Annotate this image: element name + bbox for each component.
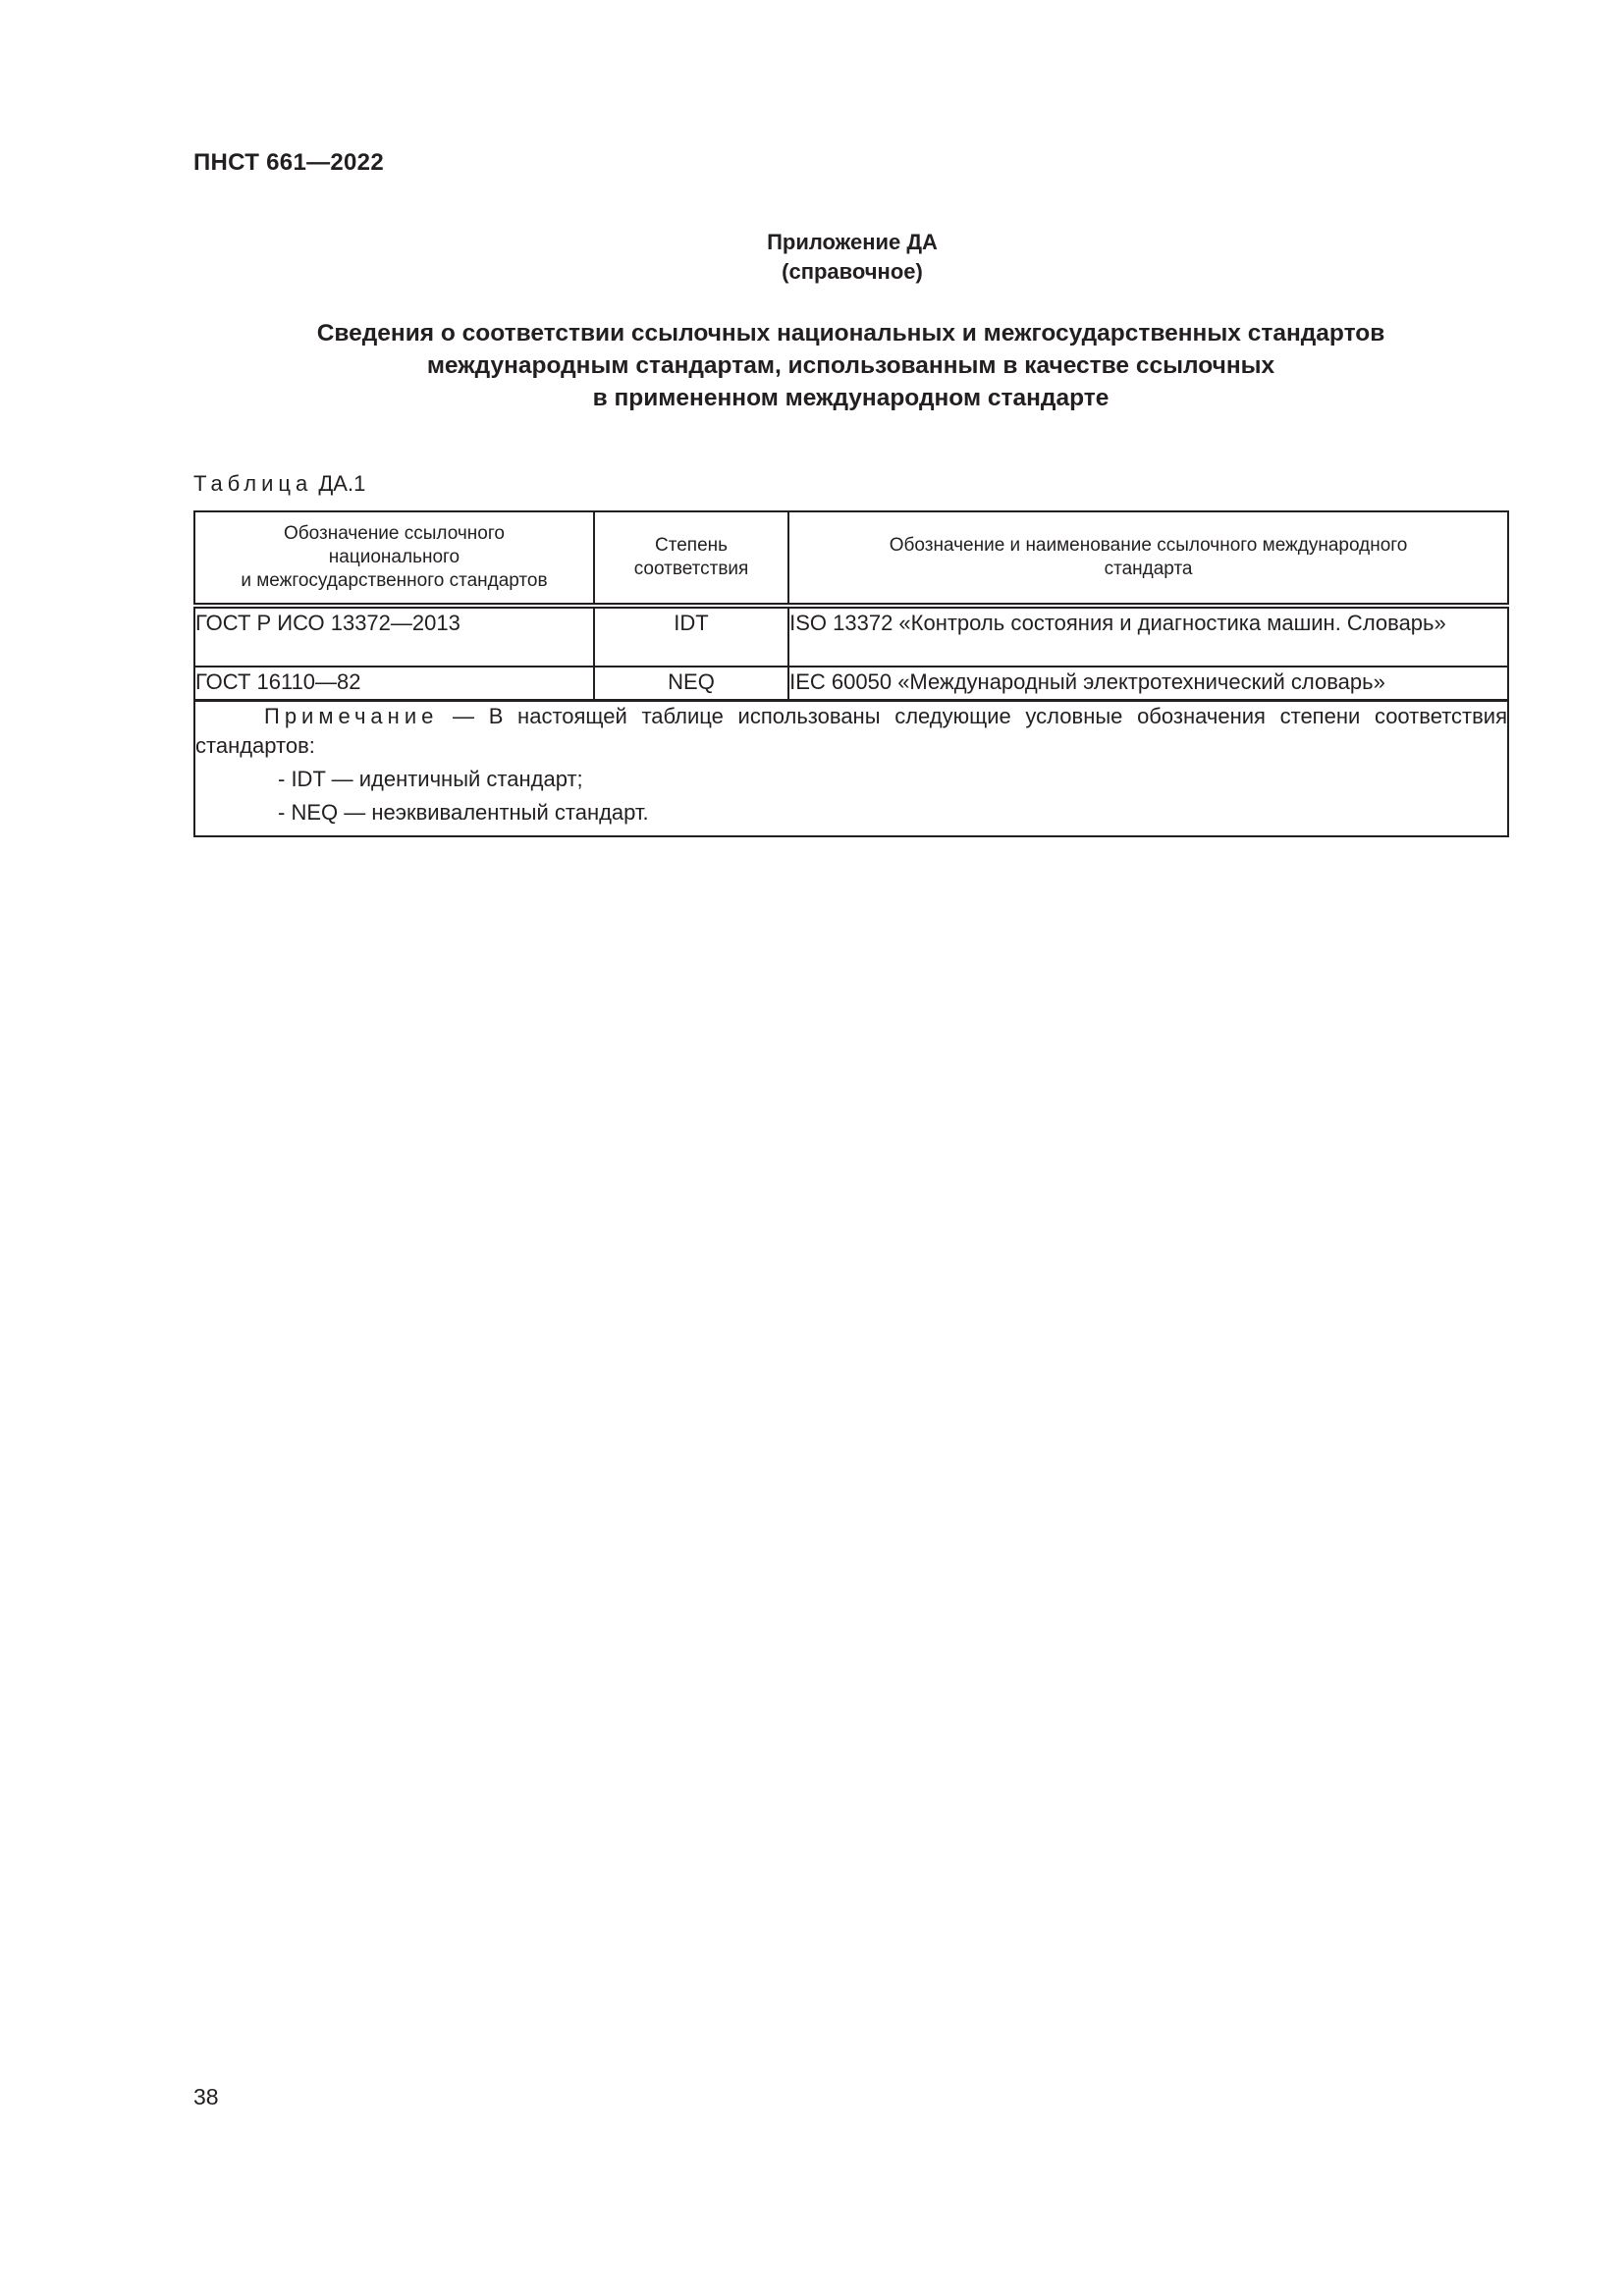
cell-degree: IDT — [594, 606, 788, 667]
table-caption-id: ДА.1 — [318, 471, 365, 496]
note-item-neq: - NEQ — неэквивалентный стандарт. — [278, 798, 1507, 828]
table-header-row: Обозначение ссылочного национального и м… — [194, 511, 1508, 606]
header-international-standard: Обозначение и наименование ссылочного ме… — [788, 511, 1508, 606]
table-row: ГОСТ 16110—82 NEQ IEC 60050 «Международн… — [194, 667, 1508, 701]
standards-correspondence-table: Обозначение ссылочного национального и м… — [193, 510, 1509, 837]
header-line: стандарта — [789, 558, 1507, 581]
header-line: национального — [195, 546, 593, 569]
header-line: Степень — [595, 534, 787, 558]
cell-international-standard: IEC 60050 «Международный электротехничес… — [788, 667, 1508, 701]
appendix-subtitle: (справочное) — [0, 257, 1624, 287]
note-paragraph: Примечание — В настоящей таблице использ… — [195, 702, 1507, 761]
title-line-1: Сведения о соответствии ссылочных национ… — [193, 317, 1508, 349]
table-row: ГОСТ Р ИСО 13372—2013 IDT ISO 13372 «Кон… — [194, 606, 1508, 667]
title-line-2: международным стандартам, использованным… — [193, 349, 1508, 382]
header-national-standard: Обозначение ссылочного национального и м… — [194, 511, 594, 606]
appendix-title: Приложение ДА — [0, 228, 1624, 257]
header-degree: Степень соответствия — [594, 511, 788, 606]
appendix-heading: Приложение ДА (справочное) — [0, 228, 1624, 287]
cell-international-standard: ISO 13372 «Контроль состояния и диагност… — [788, 606, 1508, 667]
header-line: и межгосударственного стандартов — [195, 569, 593, 593]
section-title: Сведения о соответствии ссылочных национ… — [193, 317, 1508, 414]
cell-degree: NEQ — [594, 667, 788, 701]
page-number: 38 — [193, 2084, 219, 2110]
document-code: ПНСТ 661—2022 — [193, 149, 384, 177]
table-note-row: Примечание — В настоящей таблице использ… — [194, 701, 1508, 837]
note-item-idt: - IDT — идентичный стандарт; — [278, 765, 1507, 794]
header-line: Обозначение ссылочного — [195, 522, 593, 546]
cell-national-standard: ГОСТ Р ИСО 13372—2013 — [194, 606, 594, 667]
header-line: Обозначение и наименование ссылочного ме… — [789, 534, 1507, 558]
note-label: Примечание — [264, 704, 438, 728]
cell-national-standard: ГОСТ 16110—82 — [194, 667, 594, 701]
table-caption-label: Таблица — [193, 471, 312, 496]
table-note: Примечание — В настоящей таблице использ… — [194, 701, 1508, 837]
table-caption: Таблица ДА.1 — [193, 471, 365, 497]
header-line: соответствия — [595, 558, 787, 581]
title-line-3: в примененном международном стандарте — [193, 382, 1508, 414]
